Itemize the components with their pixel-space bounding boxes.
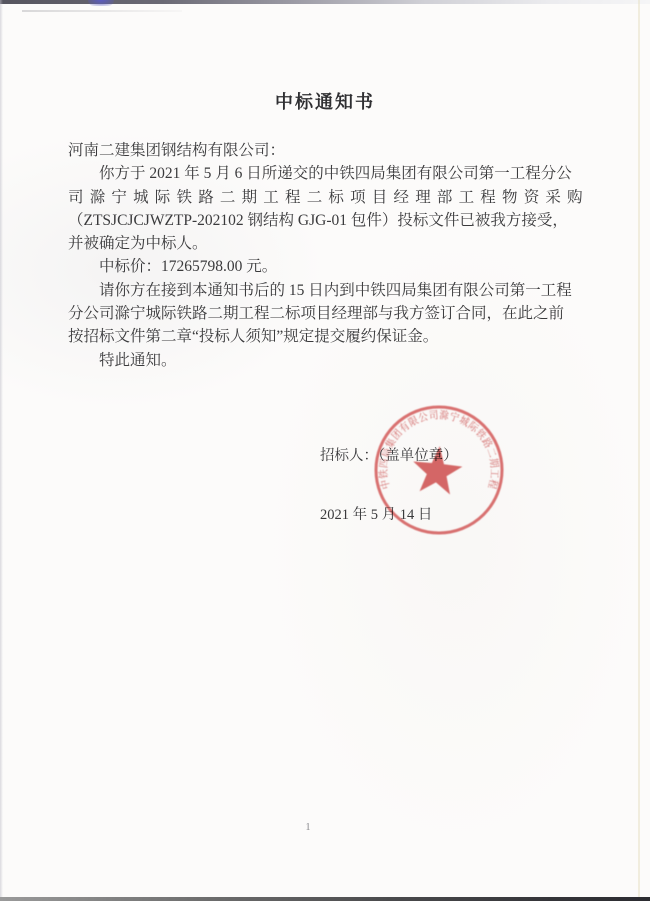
document-line: 司滁宁城际铁路二期工程二标项目经理部工程物资采购 <box>68 186 585 209</box>
bid-price-line: 中标价：17265798.00 元。 <box>68 255 585 278</box>
addressee-line: 河南二建集团钢结构有限公司： <box>68 139 585 162</box>
document-line: 请你方在接到本通知书后的 15 日内到中铁四局集团有限公司第一工程 <box>68 279 585 302</box>
scan-edge-right <box>638 0 640 901</box>
document-line: 按招标文件第二章“投标人须知”规定提交履约保证金。 <box>68 325 585 348</box>
scanned-document-page: 中标通知书 河南二建集团钢结构有限公司： 你方于 2021 年 5 月 6 日所… <box>0 0 650 901</box>
document-line: 分公司滁宁城际铁路二期工程二标项目经理部与我方签订合同，在此之前 <box>68 302 585 325</box>
official-seal: 中铁四局集团有限公司滁宁城际铁路二期工程二标项目经理部 <box>358 388 522 556</box>
seal-star-icon <box>410 444 464 496</box>
document-line: （ZTSJCJCJWZTP-202102 钢结构 GJG-01 包件）投标文件已… <box>68 209 585 232</box>
scan-edge-bottom <box>0 897 650 901</box>
closing-line: 特此通知。 <box>68 349 585 372</box>
scan-artifact-streak <box>22 10 182 12</box>
document-title: 中标通知书 <box>0 88 650 114</box>
document-line: 你方于 2021 年 5 月 6 日所递交的中铁四局集团有限公司第一工程分公 <box>68 162 585 185</box>
document-line: 并被确定为中标人。 <box>68 232 585 255</box>
scan-edge-left <box>0 0 3 901</box>
document-body: 河南二建集团钢结构有限公司： 你方于 2021 年 5 月 6 日所递交的中铁四… <box>68 139 585 372</box>
page-number: 1 <box>298 822 318 833</box>
scan-artifact-blob <box>88 0 114 6</box>
